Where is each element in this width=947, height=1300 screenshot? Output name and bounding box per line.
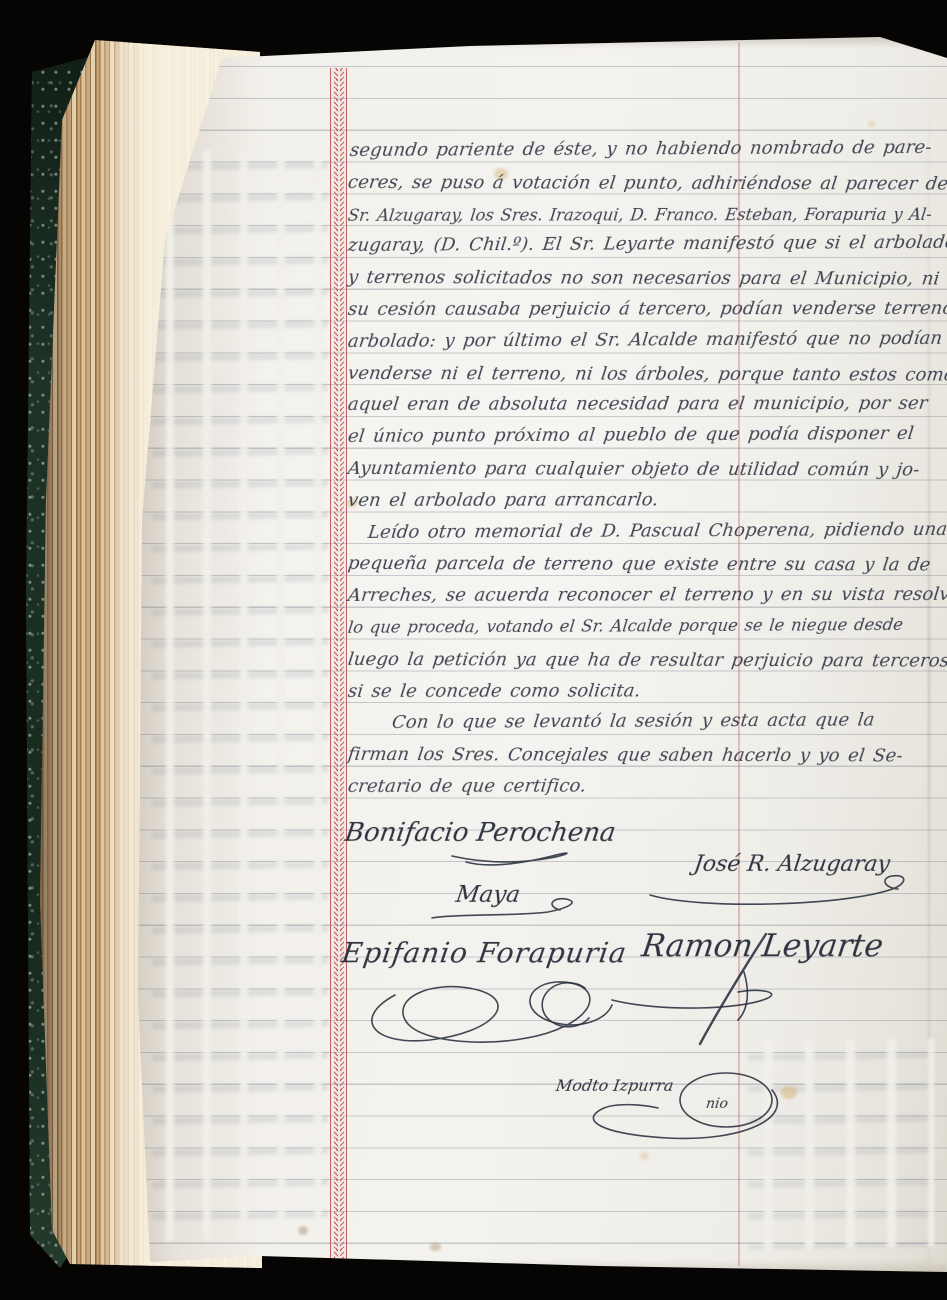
manuscript-line: y terrenos solicitados no son necesarios… [347,267,941,290]
manuscript-line: ven el arbolado para arrancarlo. [347,489,660,511]
signature-leyarte: Ramon Leyarte [639,928,885,964]
signature-forapuria: Epifanio Forapuria [340,936,630,969]
manuscript-line: Con lo que se levantó la sesión y esta a… [391,709,876,733]
manuscript-line: segundo pariente de éste, y no habiendo … [349,137,933,161]
manuscript-line: su cesión causaba perjuicio á tercero, p… [347,298,947,320]
manuscript-line: lo que proceda, votando el Sr. Alcalde p… [347,615,904,637]
manuscript-line: arbolado: y por último el Sr. Alcalde ma… [347,328,944,352]
signature-alzugaray: José R. Alzugaray [692,852,891,877]
manuscript-line: firman los Sres. Concejales que saben ha… [347,744,904,766]
manuscript-line: venderse ni el terreno, ni los árboles, … [347,363,947,386]
signature-izpurra: Modto Izpurra [555,1076,675,1095]
manuscript-line: Sr. Alzugaray, los Sres. Irazoqui, D. Fr… [347,205,933,225]
red-margin-rule [330,68,347,1260]
manuscript-line: ceres, se puso á votación el punto, adhi… [347,172,947,195]
manuscript-line: cretario de que certifico. [347,776,588,797]
ink-bleedthrough-right [748,1039,934,1250]
manuscript-line: el único punto próximo al pueblo de que … [347,423,915,447]
book-scan: 64 segundo pariente de éste, y no habien… [0,0,947,1300]
manuscript-line: luego la petición ya que ha de resultar … [347,649,947,672]
ink-bleedthrough-left [152,149,328,1241]
paper-stain [868,120,876,128]
manuscript-line: zugaray, (D. Chil.º). El Sr. Leyarte man… [347,232,947,256]
manuscript-line: Leído otro memorial de D. Pascual Choper… [367,519,947,543]
signature-maya: Maya [454,882,522,908]
signature-perochena: Bonifacio Perochena [343,818,618,848]
top-edge-shading [150,36,947,48]
manuscript-line: Ayuntamiento para cualquier objeto de ut… [347,458,921,480]
paper-stain [430,1243,441,1251]
paper-stain [640,1152,649,1160]
manuscript-line: si se le concede como solicita. [347,680,642,702]
manuscript-line: pequeña parcela de terreno que existe en… [347,553,932,576]
manuscript-line: aquel eran de absoluta necesidad para el… [347,393,929,415]
paper-stain [298,1226,308,1235]
manuscript-line: Arreches, se acuerda reconocer el terren… [347,584,947,606]
signature-izpurra-rubric: nio [705,1096,729,1112]
paper-stain [781,1086,797,1099]
